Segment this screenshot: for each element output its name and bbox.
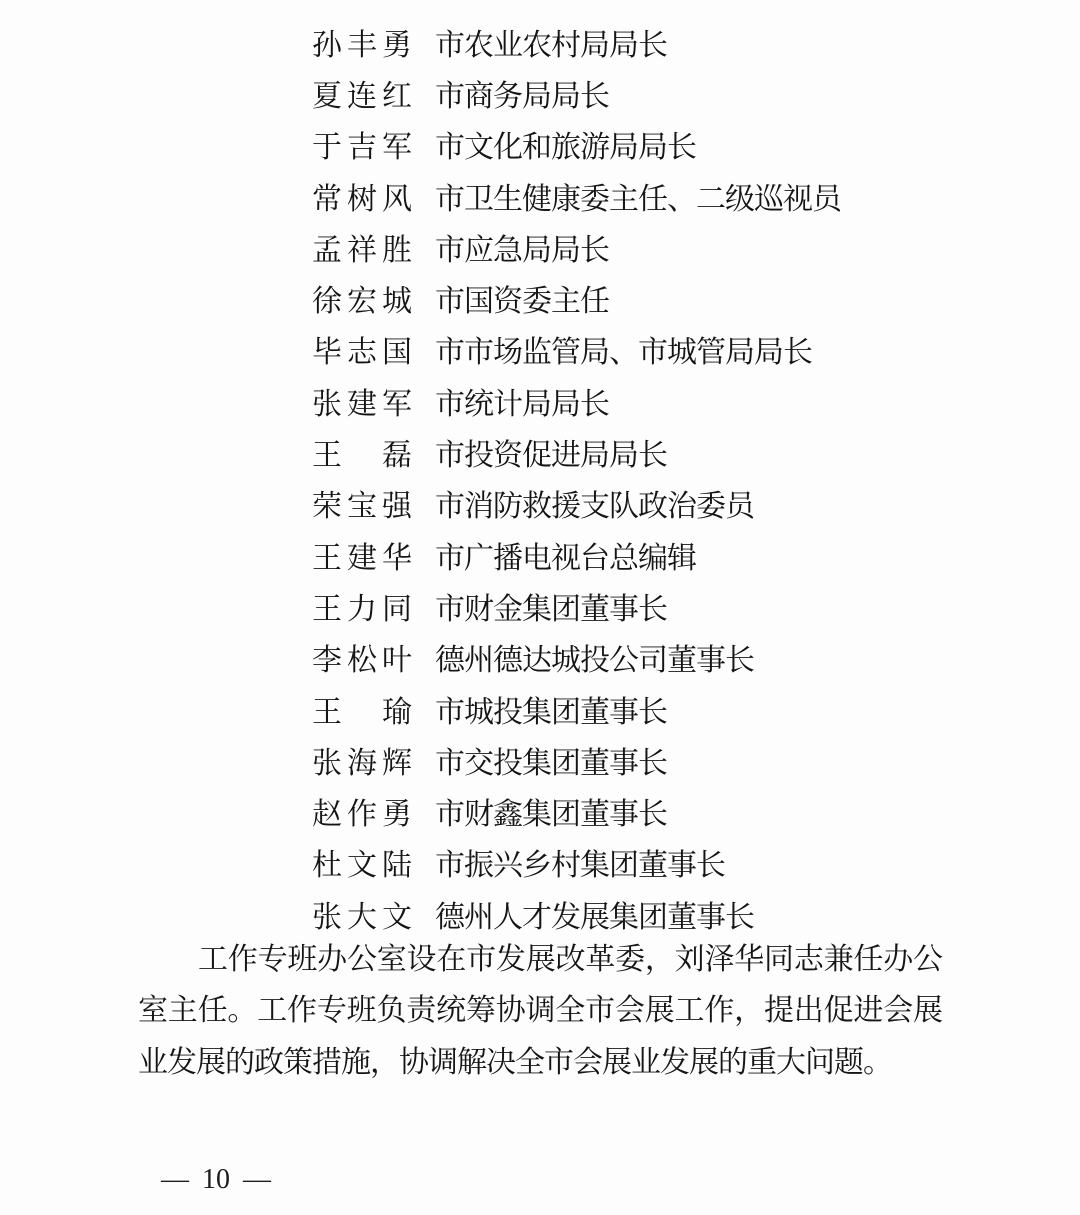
roster-row: 张海辉 市交投集团董事长 — [312, 734, 841, 785]
roster-row: 杜文陆 市振兴乡村集团董事长 — [312, 837, 841, 888]
roster-row: 于吉军 市文化和旅游局局长 — [312, 119, 841, 170]
person-name: 荣宝强 — [312, 481, 412, 525]
person-name: 孟祥胜 — [312, 225, 412, 269]
person-title: 市交投集团董事长 — [435, 738, 667, 782]
roster-row: 张建军 市统计局局长 — [312, 375, 841, 426]
person-title: 市统计局局长 — [435, 379, 609, 423]
footer-dash-left: — — [161, 1164, 189, 1196]
footer-dash-right: — — [243, 1164, 271, 1196]
roster-row: 王瑜 市城投集团董事长 — [312, 683, 841, 734]
person-name: 张海辉 — [312, 738, 412, 782]
person-title: 市振兴乡村集团董事长 — [435, 840, 725, 884]
person-title: 市城投集团董事长 — [435, 687, 667, 731]
person-name: 王力同 — [312, 584, 412, 628]
person-title: 市消防救援支队政治委员 — [435, 481, 754, 525]
person-name: 王建华 — [312, 533, 412, 577]
person-name: 孙丰勇 — [312, 20, 412, 64]
person-name: 毕志国 — [312, 327, 412, 371]
person-name: 徐宏城 — [312, 276, 412, 320]
person-title: 德州人才发展集团董事长 — [435, 892, 754, 936]
closing-paragraph: 工作专班办公室设在市发展改革委，刘泽华同志兼任办公 室主任。工作专班负责统筹协调… — [138, 934, 942, 1088]
page-number: 10 — [202, 1164, 230, 1196]
person-title: 市市场监管局、市城管局局长 — [435, 327, 812, 371]
roster-row: 张大文 德州人才发展集团董事长 — [312, 888, 841, 939]
roster-row: 赵作勇 市财鑫集团董事长 — [312, 785, 841, 836]
person-title: 市广播电视台总编辑 — [435, 533, 696, 577]
person-name: 常树风 — [312, 174, 412, 218]
roster-row: 王磊 市投资促进局局长 — [312, 426, 841, 477]
page-footer: — 10 — — [161, 1164, 271, 1196]
document-page: 孙丰勇 市农业农村局局长 夏连红 市商务局局长 于吉军 市文化和旅游局局长 常树… — [0, 0, 1080, 1215]
person-name: 张建军 — [312, 379, 412, 423]
paragraph-line-3: 业发展的政策措施，协调解决全市会展业发展的重大问题。 — [138, 1037, 942, 1088]
paragraph-line-2: 室主任。工作专班负责统筹协调全市会展工作，提出促进会展 — [138, 985, 942, 1036]
person-name: 赵作勇 — [312, 789, 412, 833]
person-title: 市财金集团董事长 — [435, 584, 667, 628]
roster-row: 夏连红 市商务局局长 — [312, 67, 841, 118]
roster-row: 王力同 市财金集团董事长 — [312, 580, 841, 631]
roster-list: 孙丰勇 市农业农村局局长 夏连红 市商务局局长 于吉军 市文化和旅游局局长 常树… — [312, 16, 841, 939]
roster-row: 孙丰勇 市农业农村局局长 — [312, 16, 841, 67]
person-title: 市商务局局长 — [435, 71, 609, 115]
person-name: 于吉军 — [312, 122, 412, 166]
person-title: 市农业农村局局长 — [435, 20, 667, 64]
roster-row: 毕志国 市市场监管局、市城管局局长 — [312, 324, 841, 375]
person-title: 市财鑫集团董事长 — [435, 789, 667, 833]
person-title: 市应急局局长 — [435, 225, 609, 269]
roster-row: 孟祥胜 市应急局局长 — [312, 221, 841, 272]
person-title: 市卫生健康委主任、二级巡视员 — [435, 174, 841, 218]
paragraph-line-1: 工作专班办公室设在市发展改革委，刘泽华同志兼任办公 — [138, 934, 942, 985]
person-title: 德州德达城投公司董事长 — [435, 635, 754, 679]
roster-row: 常树风 市卫生健康委主任、二级巡视员 — [312, 170, 841, 221]
person-name: 杜文陆 — [312, 840, 412, 884]
person-title: 市国资委主任 — [435, 276, 609, 320]
person-title: 市投资促进局局长 — [435, 430, 667, 474]
person-title: 市文化和旅游局局长 — [435, 122, 696, 166]
roster-row: 李松叶 德州德达城投公司董事长 — [312, 632, 841, 683]
roster-row: 王建华 市广播电视台总编辑 — [312, 529, 841, 580]
person-name: 李松叶 — [312, 635, 412, 679]
person-name: 张大文 — [312, 892, 412, 936]
roster-row: 荣宝强 市消防救援支队政治委员 — [312, 478, 841, 529]
person-name: 夏连红 — [312, 71, 412, 115]
person-name: 王瑜 — [312, 687, 412, 731]
roster-row: 徐宏城 市国资委主任 — [312, 272, 841, 323]
person-name: 王磊 — [312, 430, 412, 474]
